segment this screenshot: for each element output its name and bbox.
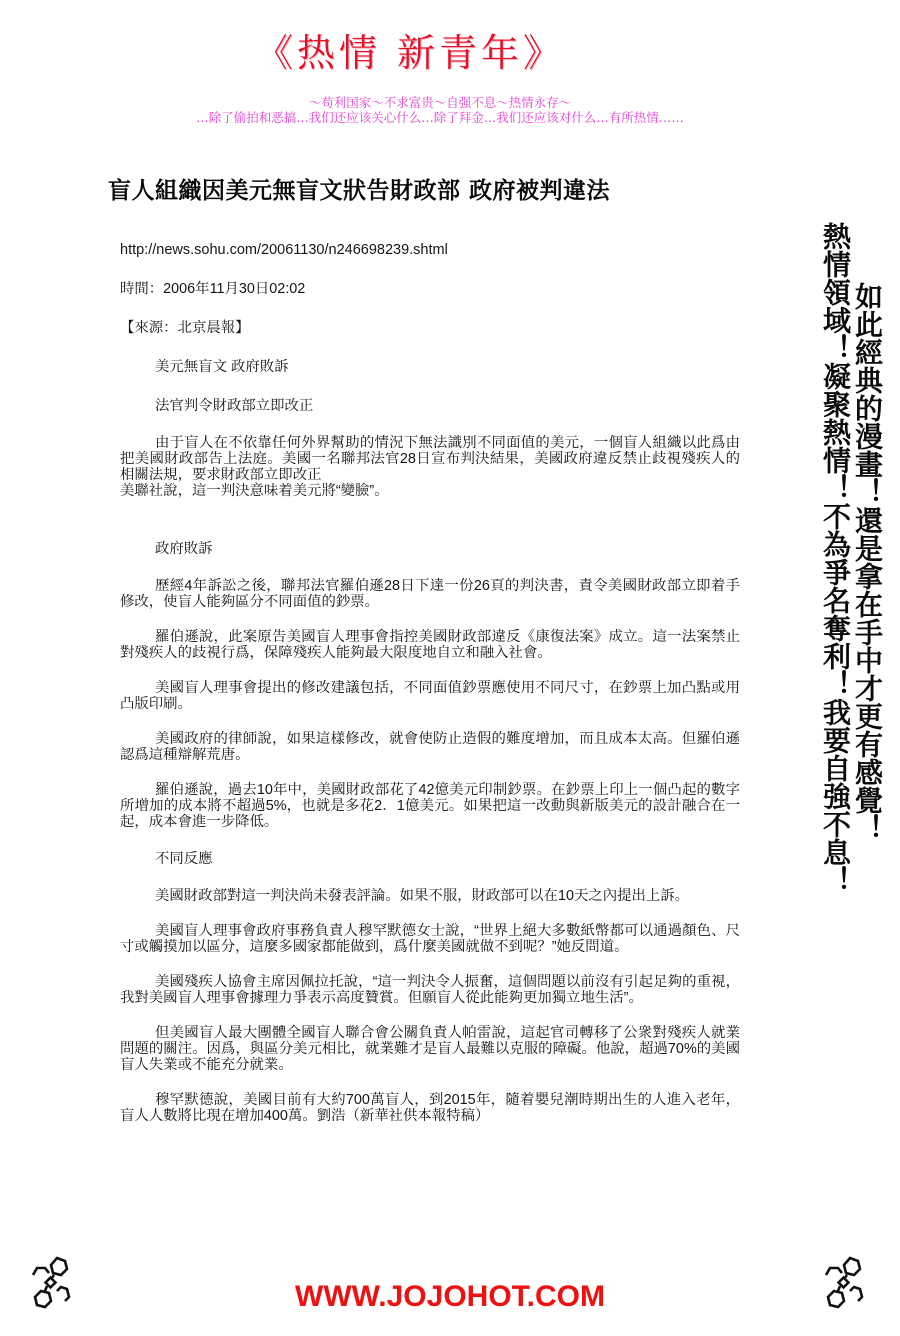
paragraph: 美國盲人理事會政府事務負責人穆罕默德女士說，“世界上絕大多數紙幣都可以通過顏色、… xyxy=(120,923,740,955)
intro-paragraph: 由于盲人在不依靠任何外界幫助的情況下無法識別不同面值的美元，一個盲人組織以此爲由… xyxy=(120,435,740,483)
paragraph: 美國殘疾人協會主席因佩拉托說，“這一判決令人振奮，這個問題以前沒有引起足夠的重視… xyxy=(120,974,740,1006)
slogan-column-right: 熱情領域！凝聚熱情！不為爭名奪利！我要自強不息！ xyxy=(820,222,850,894)
paragraph: 歷經4年訴訟之後，聯邦法官羅伯遜28日下達一份26頁的判決書，責令美國財政部立即… xyxy=(120,578,740,610)
intro-text: 由于盲人在不依靠任何外界幫助的情況下無法識別不同面值的美元，一個盲人組織以此爲由… xyxy=(120,435,740,483)
footer-website-url[interactable]: WWW.JOJOHOT.COM xyxy=(0,1280,900,1314)
section-title: 不同反應 xyxy=(120,849,740,869)
vertical-slogan-banner: 熱情領域！凝聚熱情！不為爭名奪利！我要自強不息！ 如此經典的漫畫！還是拿在手中才… xyxy=(820,222,900,962)
publish-time: 時間：2006年11月30日02:02 xyxy=(120,279,740,299)
motto-line-2: …除了偷拍和恶搞…我们还应该关心什么…除了拜金…我们还应该对什么…有所热情…… xyxy=(0,110,880,126)
source-url[interactable]: http://news.sohu.com/20061130/n246698239… xyxy=(120,240,740,260)
paragraph: 但美國盲人最大團體全國盲人聯合會公關負責人帕雷說，這起官司轉移了公衆對殘疾人就業… xyxy=(120,1025,740,1073)
paragraph: 美國盲人理事會提出的修改建議包括，不同面值鈔票應使用不同尺寸，在鈔票上加凸點或用… xyxy=(120,680,740,712)
article-headline: 盲人組織因美元無盲文狀告財政部 政府被判違法 xyxy=(108,172,808,205)
paragraph: 羅伯遜說，此案原告美國盲人理事會指控美國財政部違反《康復法案》成立。這一法案禁止… xyxy=(120,629,740,661)
paragraph: 羅伯遜說，過去10年中，美國財政部花了42億美元印制鈔票。在鈔票上印上一個凸起的… xyxy=(120,782,740,830)
section-title: 政府敗訴 xyxy=(120,539,740,559)
brand-title: 《热情 新青年》 xyxy=(0,22,820,77)
spacer xyxy=(120,499,740,539)
motto-line-1: ～苟利国家～不求富贵～自强不息～热情永存～ xyxy=(0,95,880,111)
paragraph: 穆罕默德說，美國目前有大約700萬盲人，到2015年，隨着嬰兒潮時期出生的人進入… xyxy=(120,1092,740,1124)
article-body: http://news.sohu.com/20061130/n246698239… xyxy=(120,240,740,1124)
slogan-column-left: 如此經典的漫畫！還是拿在手中才更有感覺！ xyxy=(852,282,882,842)
paragraph: 美國財政部對這一判決尚未發表評論。如果不服，財政部可以在10天之內提出上訴。 xyxy=(120,888,740,904)
subhead: 美元無盲文 政府敗訴 xyxy=(120,357,740,377)
paragraph: 美國政府的律師說，如果這樣修改，就會使防止造假的難度增加，而且成本太高。但羅伯遜… xyxy=(120,731,740,763)
news-source: 【來源：北京晨報】 xyxy=(120,318,740,338)
subhead: 法官判令財政部立即改正 xyxy=(120,396,740,416)
intro-paragraph-tail: 美聯社說，這一判決意味着美元將“變臉”。 xyxy=(120,483,740,499)
